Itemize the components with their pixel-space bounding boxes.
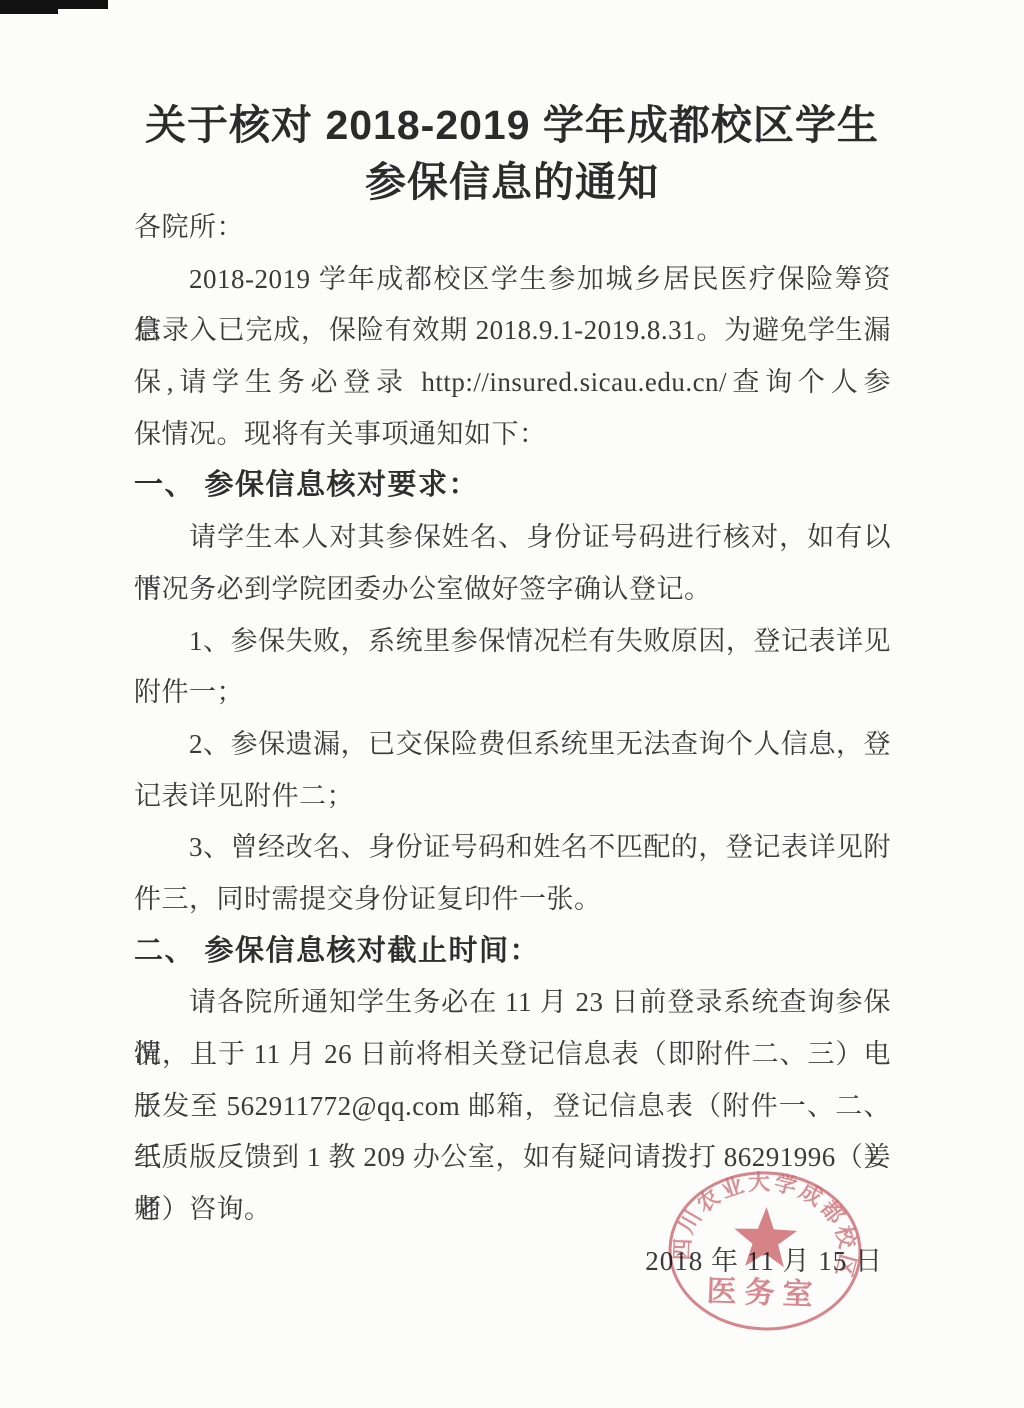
body-line: 请学生本人对其参保姓名、身份证号码进行核对，如有以下 <box>134 512 891 564</box>
body-line: 请各院所通知学生务必在 11 月 23 日前登录系统查询参保情 <box>134 977 891 1029</box>
star-icon <box>733 1206 798 1268</box>
list-item-2-line: 2、参保遗漏，已交保险费但系统里无法查询个人信息，登 <box>134 719 891 771</box>
list-item-3-line: 件三，同时需提交身份证复印件一张。 <box>134 874 891 926</box>
list-item-1-line: 附件一； <box>134 667 891 719</box>
body-line: 息录入已完成，保险有效期 2018.9.1-2019.8.31。为避免学生漏 <box>134 305 891 357</box>
official-seal: 四川农业大学成都校区 医务室 <box>661 1162 873 1341</box>
list-item-2-line: 记表详见附件二； <box>134 771 891 823</box>
document-page: 关于核对 2018-2019 学年成都校区学生 参保信息的通知 各院所： 201… <box>0 0 1024 1408</box>
body-line: 保,请学生务必登录 http://insured.sicau.edu.cn/查询… <box>134 357 891 409</box>
scan-artifact <box>0 0 58 14</box>
body-line: 版发至 562911772@qq.com 邮箱，登记信息表（附件一、二、三） <box>134 1081 891 1133</box>
body-line: 2018-2019 学年成都校区学生参加城乡居民医疗保险筹资信 <box>134 254 891 306</box>
list-item-3-line: 3、曾经改名、身份证号码和姓名不匹配的，登记表详见附 <box>134 822 891 874</box>
body-line: 况，且于 11 月 26 日前将相关登记信息表（即附件二、三）电子 <box>134 1029 891 1081</box>
section-heading-1: 一、 参保信息核对要求： <box>134 460 891 512</box>
body-line: 保情况。现将有关事项通知如下： <box>134 409 891 461</box>
notice-title: 关于核对 2018-2019 学年成都校区学生 参保信息的通知 <box>0 97 1024 211</box>
notice-title-line1: 关于核对 2018-2019 学年成都校区学生 <box>0 97 1024 154</box>
body-line: 情况务必到学院团委办公室做好签字确认登记。 <box>134 564 891 616</box>
section-heading-2: 二、 参保信息核对截止时间： <box>134 926 891 978</box>
salutation-line: 各院所： <box>134 202 891 254</box>
notice-body: 各院所： 2018-2019 学年成都校区学生参加城乡居民医疗保险筹资信 息录入… <box>134 202 891 1287</box>
list-item-1-line: 1、参保失败，系统里参保情况栏有失败原因，登记表详见 <box>134 616 891 668</box>
seal-room-text: 医务室 <box>706 1275 821 1312</box>
